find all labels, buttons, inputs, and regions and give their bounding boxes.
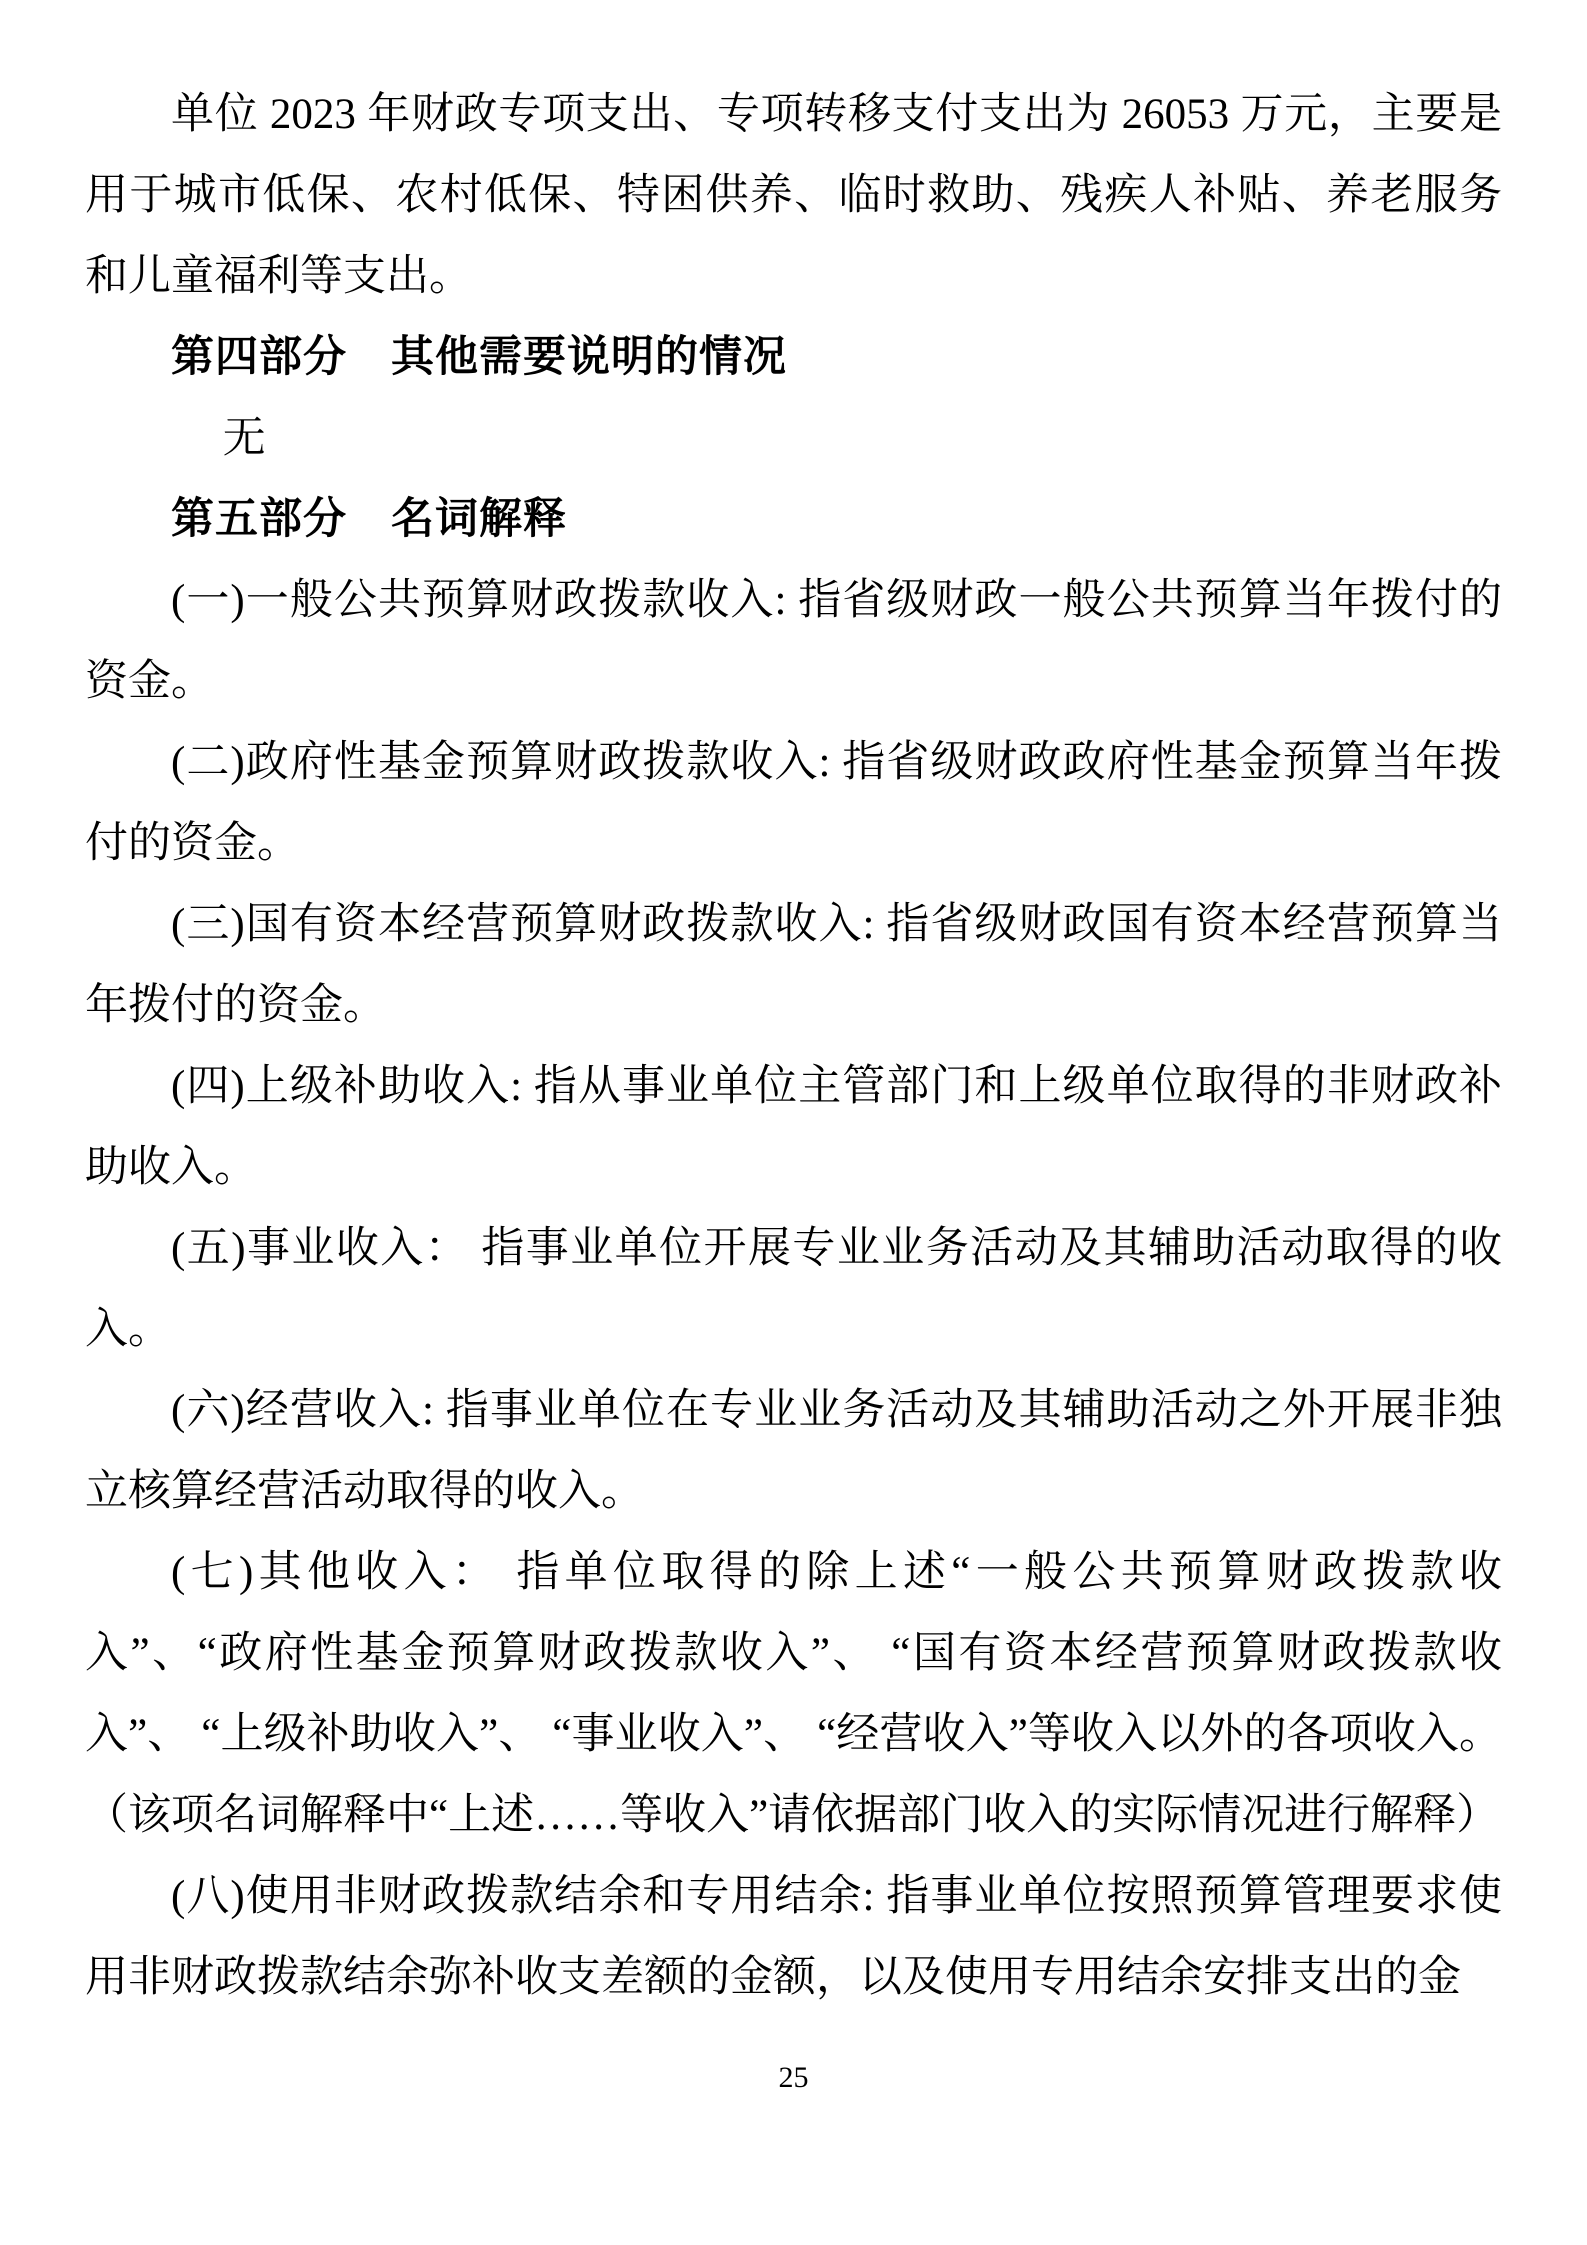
definition-item-5: (五)事业收入： 指事业单位开展专业业务活动及其辅助活动取得的收入。 (85, 1208, 1502, 1370)
section-4-heading: 第四部分 其他需要说明的情况 (85, 317, 1502, 398)
definition-item-4: (四)上级补助收入: 指从事业单位主管部门和上级单位取得的非财政补助收入。 (85, 1046, 1502, 1208)
page-number: 25 (0, 2063, 1587, 2093)
definition-item-1: (一)一般公共预算财政拨款收入: 指省级财政一般公共预算当年拨付的资金。 (85, 560, 1502, 722)
section-4-content: 无 (85, 398, 1502, 479)
section-5-heading: 第五部分 名词解释 (85, 479, 1502, 560)
definition-item-7: (七)其他收入： 指单位取得的除上述“一般公共预算财政拨款收入”、“政府性基金预… (85, 1532, 1502, 1856)
intro-paragraph: 单位 2023 年财政专项支出、专项转移支付支出为 26053 万元，主要是用于… (85, 74, 1502, 317)
definition-item-3: (三)国有资本经营预算财政拨款收入: 指省级财政国有资本经营预算当年拨付的资金。 (85, 884, 1502, 1046)
definition-item-6: (六)经营收入: 指事业单位在专业业务活动及其辅助活动之外开展非独立核算经营活动… (85, 1370, 1502, 1532)
document-page: 单位 2023 年财政专项支出、专项转移支付支出为 26053 万元，主要是用于… (0, 0, 1587, 2245)
definition-item-2: (二)政府性基金预算财政拨款收入: 指省级财政政府性基金预算当年拨付的资金。 (85, 722, 1502, 884)
definition-item-8: (八)使用非财政拨款结余和专用结余: 指事业单位按照预算管理要求使用非财政拨款结… (85, 1856, 1502, 2018)
